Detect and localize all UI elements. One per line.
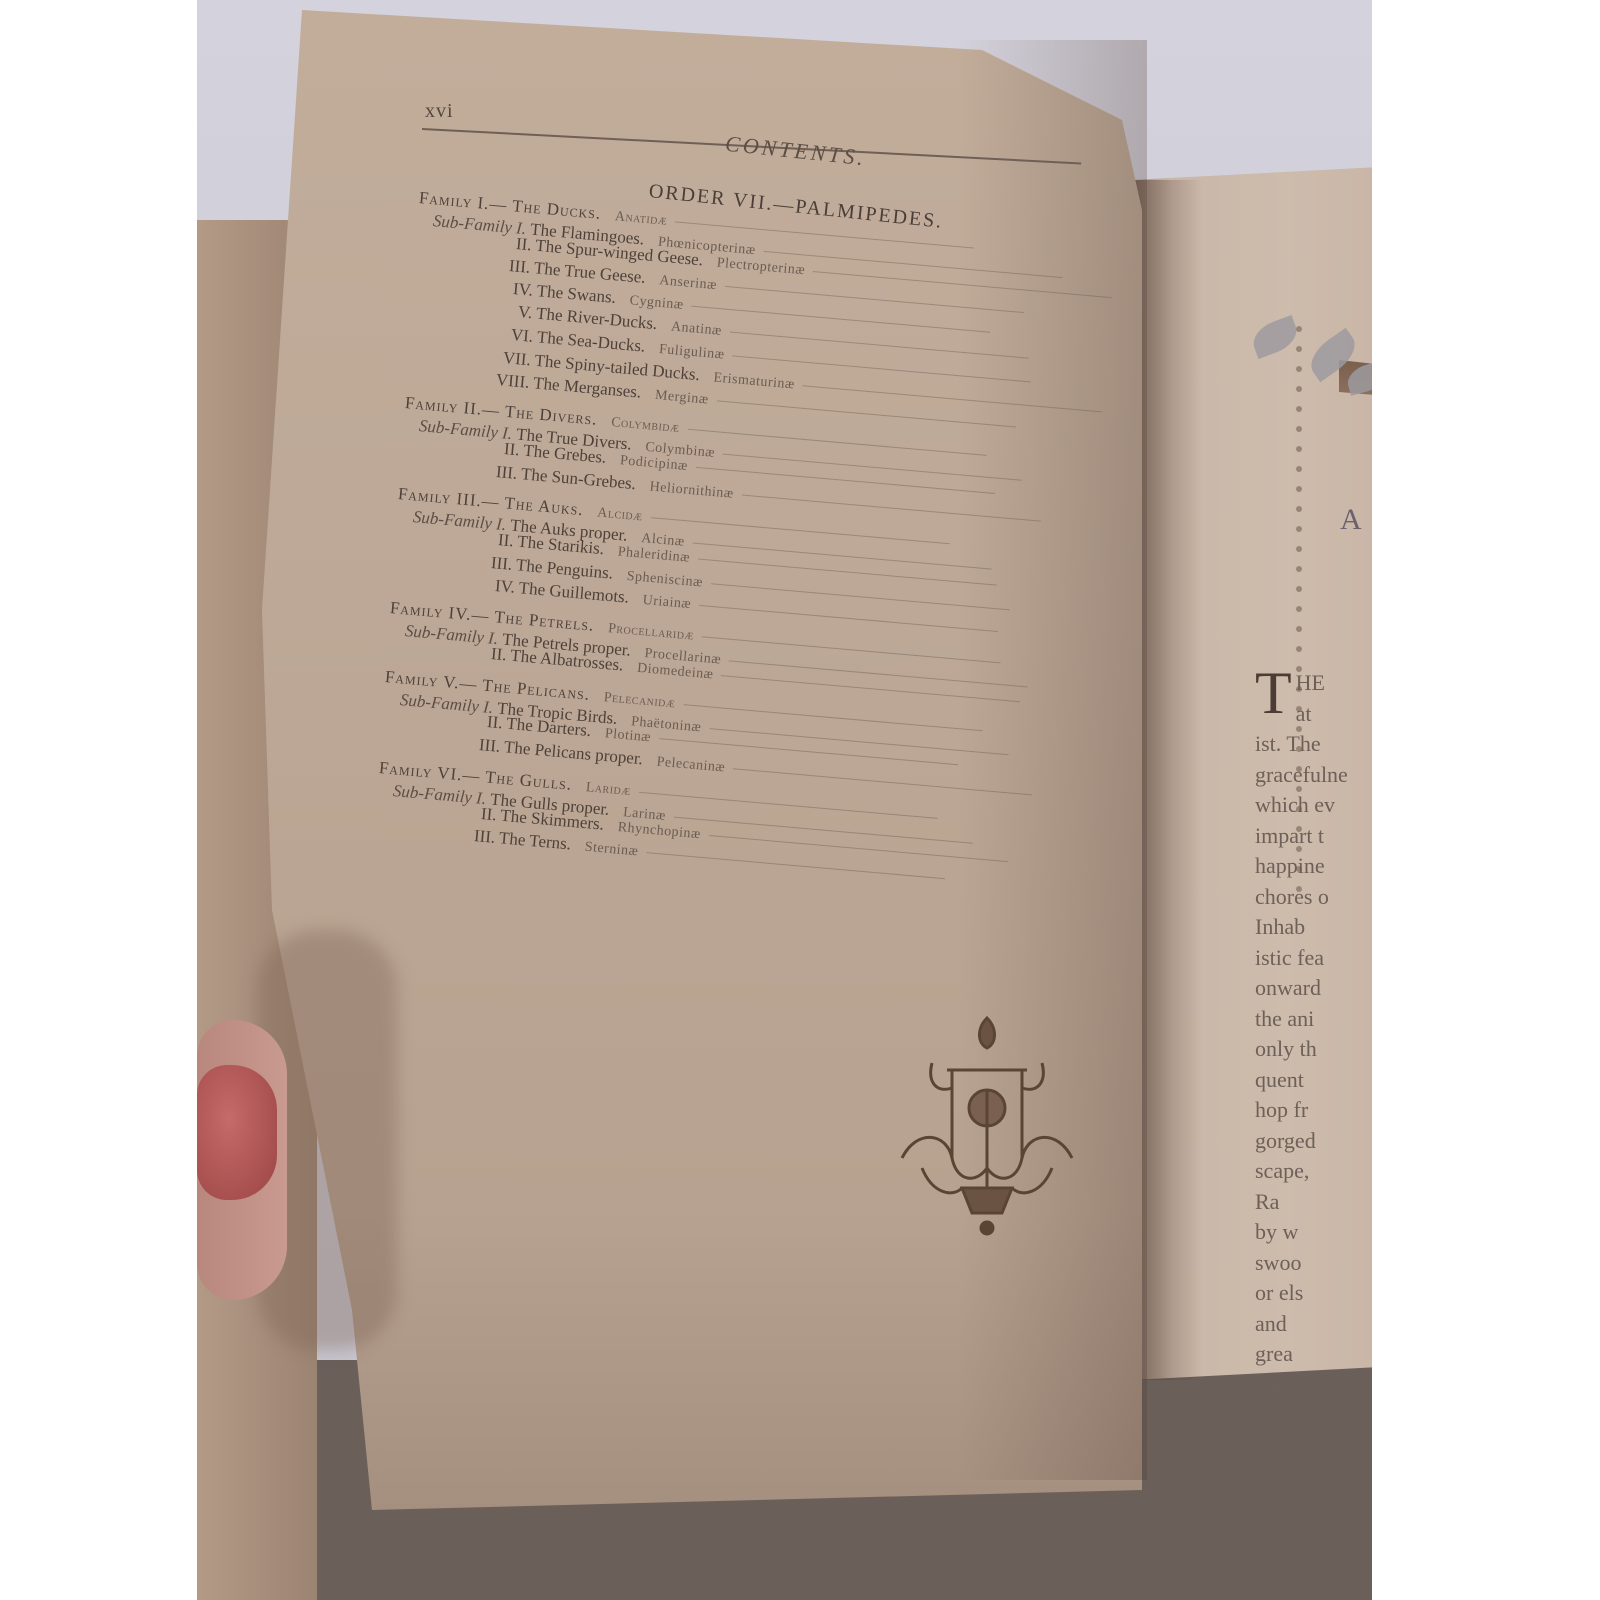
toc-entry-prefix: V. xyxy=(517,302,537,323)
text-line: Ra xyxy=(1255,1187,1372,1218)
toc-entry-latin-name: Plotinæ xyxy=(604,727,651,746)
floral-ornament-icon xyxy=(892,1008,1082,1238)
toc-entry-prefix: II. xyxy=(503,439,524,460)
toc-entry-prefix: II. xyxy=(486,712,507,733)
page-number-mark xyxy=(1296,586,1302,592)
toc-entry-prefix: III. xyxy=(473,826,500,847)
toc-entry-prefix: III. xyxy=(479,735,506,756)
page-number-mark xyxy=(1296,706,1302,712)
page-number-mark xyxy=(1296,426,1302,432)
page-number-mark xyxy=(1296,526,1302,532)
text-line: which ev xyxy=(1255,790,1372,821)
text-line: the ani xyxy=(1255,1004,1372,1035)
text-line: way xyxy=(1255,1370,1372,1401)
toc-entry-latin-name: Anatidæ xyxy=(614,209,668,229)
chapter-heading: A xyxy=(1340,503,1362,537)
page-number-mark xyxy=(1296,886,1302,892)
text-line: and xyxy=(1255,1309,1372,1340)
book-photo: A T HEatist. Thegracefulnewhich evimpart… xyxy=(197,0,1372,1600)
toc-entry-prefix: VII. xyxy=(502,348,535,370)
page-number: xvi xyxy=(425,100,454,123)
page-number-mark xyxy=(1296,366,1302,372)
page-number-mark xyxy=(1296,486,1302,492)
page-number-mark xyxy=(1296,406,1302,412)
page-number-mark xyxy=(1296,686,1302,692)
toc-entry-prefix: II. xyxy=(490,644,511,665)
page-number-mark xyxy=(1296,746,1302,752)
text-line: only th xyxy=(1255,1034,1372,1065)
toc-entry-prefix: IV. xyxy=(494,576,520,597)
text-line: chores o xyxy=(1255,882,1372,913)
page-number-mark xyxy=(1296,606,1302,612)
text-line: grea xyxy=(1255,1339,1372,1370)
toc-entry-prefix: II. xyxy=(515,234,536,255)
text-line: scape, xyxy=(1255,1156,1372,1187)
toc-entry-prefix: II. xyxy=(497,530,518,551)
text-line: hop fr xyxy=(1255,1095,1372,1126)
toc-entry-latin-name: Alcidæ xyxy=(597,506,643,525)
chapter-text: T HEatist. Thegracefulnewhich evimpart t… xyxy=(1255,668,1372,1400)
page-number-mark xyxy=(1296,646,1302,652)
toc-entry-latin-name: Uriainæ xyxy=(642,593,692,612)
page-number-mark xyxy=(1296,446,1302,452)
toc-entry-latin-name: Anatinæ xyxy=(670,319,722,338)
page-number-mark xyxy=(1296,346,1302,352)
toc-entry-prefix: VI. xyxy=(510,325,538,346)
text-line: onward xyxy=(1255,973,1372,1004)
painted-thumbnail xyxy=(197,1065,277,1200)
drop-cap: T xyxy=(1255,668,1292,718)
text-line: by w xyxy=(1255,1217,1372,1248)
text-line: swoo xyxy=(1255,1248,1372,1279)
page-number-mark xyxy=(1296,846,1302,852)
page-number-mark xyxy=(1296,466,1302,472)
page-number-mark xyxy=(1296,386,1302,392)
text-line: Inhab xyxy=(1255,912,1372,943)
page-number-mark xyxy=(1296,826,1302,832)
page-number-mark xyxy=(1296,566,1302,572)
page-number-mark xyxy=(1296,866,1302,872)
page-number-mark xyxy=(1296,766,1302,772)
page-number-mark xyxy=(1296,506,1302,512)
text-line: gorged xyxy=(1255,1126,1372,1157)
toc-entry-prefix: III. xyxy=(490,553,517,574)
text-line: or els xyxy=(1255,1278,1372,1309)
toc-entry-prefix: IV. xyxy=(513,279,539,300)
text-line: quent xyxy=(1255,1065,1372,1096)
page-number-column xyxy=(1290,312,1308,892)
page-number-mark xyxy=(1296,546,1302,552)
toc-entry-prefix: III. xyxy=(508,256,535,277)
page-number-mark xyxy=(1296,626,1302,632)
toc-entry-prefix: II. xyxy=(480,804,501,825)
page-number-mark xyxy=(1296,666,1302,672)
text-line: istic fea xyxy=(1255,943,1372,974)
toc-entry-prefix: III. xyxy=(495,462,522,483)
toc-entry-prefix: VIII. xyxy=(495,370,534,392)
page-number-mark xyxy=(1296,326,1302,332)
text-line: impart t xyxy=(1255,821,1372,852)
text-line: ist. The xyxy=(1255,729,1372,760)
text-line: gracefulne xyxy=(1255,760,1372,791)
page-number-mark xyxy=(1296,726,1302,732)
text-line: happine xyxy=(1255,851,1372,882)
page-number-mark xyxy=(1296,786,1302,792)
page-number-mark xyxy=(1296,806,1302,812)
toc-entry-latin-name: Laridæ xyxy=(585,780,631,799)
